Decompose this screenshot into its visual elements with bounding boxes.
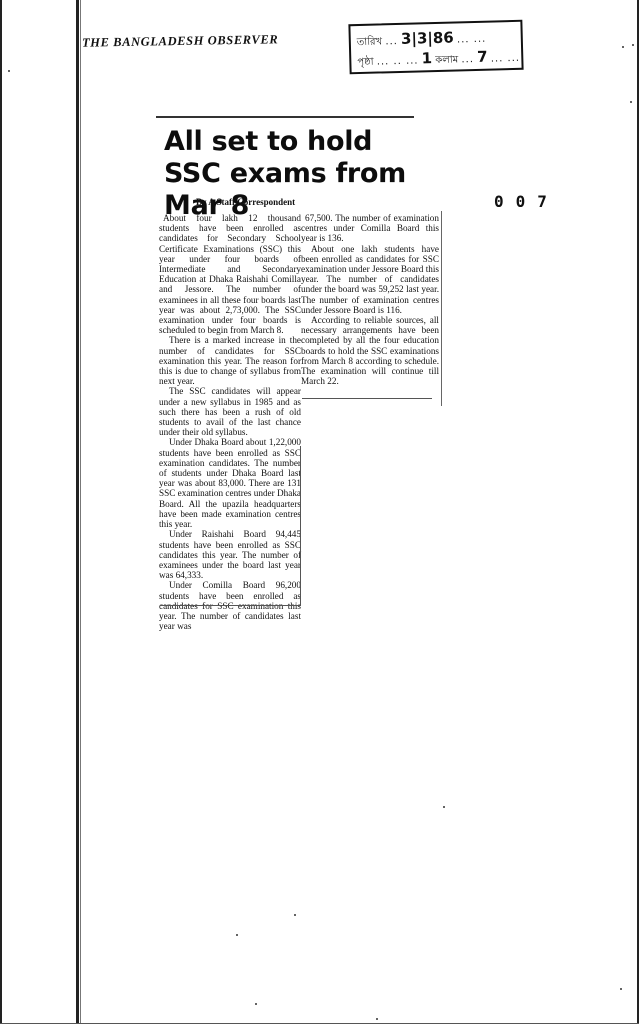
paragraph: About four lakh 12 thousand students hav… [159, 213, 301, 335]
binding-gutter-line [76, 0, 79, 1024]
reference-number: 007 [494, 192, 559, 211]
scan-speck [622, 46, 624, 48]
stamp-page-value: 1 [421, 49, 432, 67]
clipping-right-border [441, 211, 442, 406]
stamp-column-label: কলাম [435, 54, 458, 66]
article-left-column: About four lakh 12 thousand students hav… [159, 213, 301, 631]
paragraph: Under Dhaka Board about 1,22,000 student… [159, 437, 301, 529]
scan-speck [8, 70, 10, 72]
stamp-column-value: 7 [477, 48, 488, 66]
article-right-column: 67,500. The number of examination centre… [301, 213, 439, 386]
scan-speck [294, 914, 296, 916]
paragraph: About one lakh students have been enroll… [301, 244, 439, 315]
clipping-bottom-rule [302, 398, 432, 399]
article-byline: By A Staff Correspondent [196, 197, 295, 207]
paragraph: 67,500. The number of examination centre… [301, 213, 439, 244]
paragraph: Under Raishahi Board 94,445 students hav… [159, 529, 301, 580]
clipping-top-rule [156, 116, 414, 118]
page-left-edge [0, 0, 2, 1024]
binding-gutter-line-thin [80, 0, 81, 1024]
scan-speck [620, 988, 622, 990]
newspaper-masthead: THE BANGLADESH OBSERVER [82, 32, 278, 50]
stamp-page-label: পৃষ্ঠা [357, 57, 373, 68]
column-divider [300, 446, 301, 606]
clipping-bottom-rule [160, 605, 300, 606]
stamp-date-label: তারিখ [357, 36, 383, 48]
scan-speck [632, 44, 634, 46]
scan-speck [376, 1018, 378, 1020]
scan-speck [236, 934, 238, 936]
paragraph: There is a marked increase in the number… [159, 335, 301, 386]
paragraph: According to reliable sources, all neces… [301, 315, 439, 386]
scan-speck [630, 101, 632, 103]
scan-speck [443, 806, 445, 808]
stamp-date-value: 3|3|86 [401, 29, 454, 48]
paragraph: The SSC candidates will appear under a n… [159, 386, 301, 437]
stamp-page-row: পৃষ্ঠা ... .. ... 1 কলাম ... 7 ... ... [357, 47, 520, 72]
scan-speck [255, 1003, 257, 1005]
archive-stamp: তারিখ ... 3|3|86 ... ... পৃষ্ঠা ... .. .… [348, 20, 523, 75]
article-headline: All set to hold SSC exams from Mar 8 [164, 126, 434, 222]
